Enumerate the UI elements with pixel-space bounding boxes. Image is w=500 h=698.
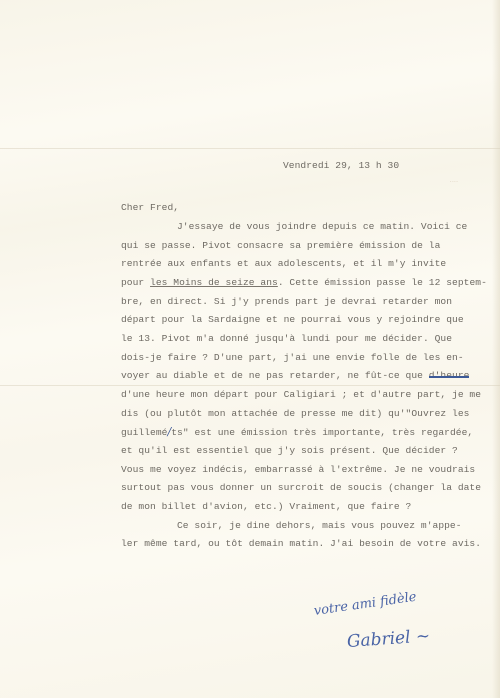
body-line: guillemé/ts" est une émission très impor… <box>121 426 473 439</box>
letter-paper <box>0 0 500 698</box>
body-line: bre, en direct. Si j'y prends part je de… <box>121 296 452 308</box>
dateline: Vendredi 29, 13 h 30 <box>283 160 399 172</box>
body-line: le 13. Pivot m'a donné jusqu'à lundi pou… <box>121 333 452 345</box>
body-line: et qu'il est essentiel que j'y sois prés… <box>121 445 458 457</box>
body-line: J'essaye de vous joindre depuis ce matin… <box>177 221 467 233</box>
body-line: surtout pas vous donner un surcroit de s… <box>121 482 481 494</box>
struck-through-word: d'heure <box>429 370 470 381</box>
body-line: pour les Moins de seize ans. Cette émiss… <box>121 277 487 289</box>
text-run: guillemé <box>121 427 167 438</box>
body-line: départ pour la Sardaigne et ne pourrai v… <box>121 314 464 326</box>
ink-correction-mark: / <box>167 425 171 438</box>
pencil-annotation: .... <box>450 178 458 184</box>
body-line: rentrée aux enfants et aux adolescents, … <box>121 258 446 270</box>
body-line: ler même tard, ou tôt demain matin. J'ai… <box>121 538 481 550</box>
text-run: pour <box>121 277 150 288</box>
body-line: d'une heure mon départ pour Caligiari ; … <box>121 389 481 401</box>
paper-edge-shadow <box>492 0 500 698</box>
text-run: ts" est une émission très importante, tr… <box>171 427 473 438</box>
paper-crease <box>0 385 500 386</box>
body-line: de mon billet d'avion, etc.) Vraiment, q… <box>121 501 411 513</box>
body-line: dois-je faire ? D'une part, j'ai une env… <box>121 352 464 364</box>
body-line: Vous me voyez indécis, embarrassé à l'ex… <box>121 464 475 476</box>
body-line: dis (ou plutôt mon attachée de presse me… <box>121 408 469 420</box>
body-line: voyer au diable et de ne pas retarder, n… <box>121 370 469 382</box>
body-line: qui se passe. Pivot consacre sa première… <box>121 240 440 252</box>
text-run: voyer au diable et de ne pas retarder, n… <box>121 370 429 381</box>
show-title-underlined: les Moins de seize ans <box>150 277 278 288</box>
text-run: . Cette émission passe le 12 septem- <box>278 277 487 288</box>
paper-crease <box>0 148 500 149</box>
salutation: Cher Fred, <box>121 202 179 214</box>
body-line: Ce soir, je dine dehors, mais vous pouve… <box>177 520 462 532</box>
